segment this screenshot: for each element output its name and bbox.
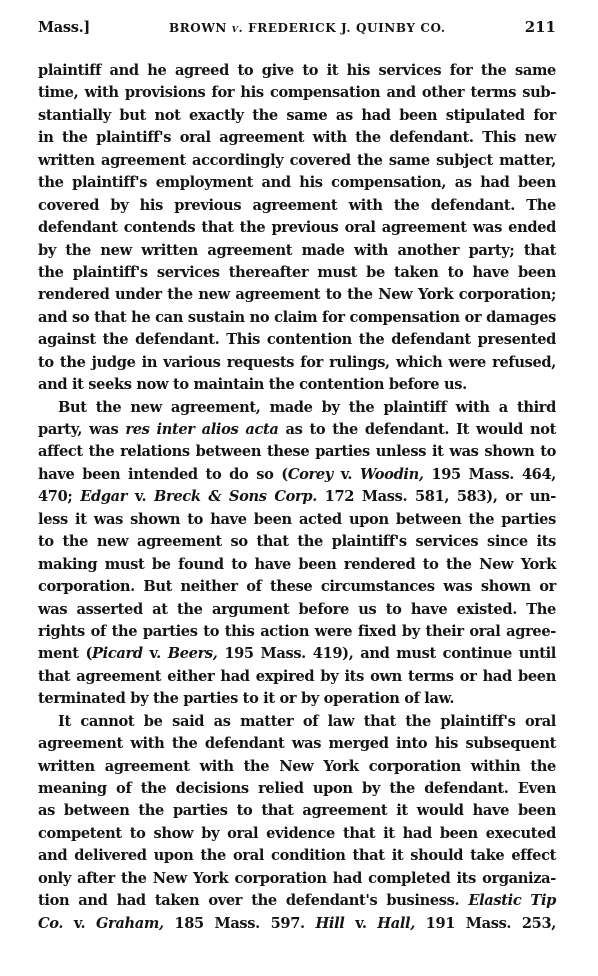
reporter-abbreviation: Mass.] xyxy=(38,19,90,36)
case-citation-party: Hill xyxy=(315,915,344,932)
text-line: that agreement either had expired by its… xyxy=(38,666,556,688)
case-citation-party: Graham, xyxy=(96,915,164,932)
text-line: Co. v. Graham, 185 Mass. 597. Hill v. Ha… xyxy=(38,913,556,935)
text-line: corporation. But neither of these circum… xyxy=(38,576,556,598)
text-line: time, with provisions for his compensati… xyxy=(38,82,556,104)
text-line: covered by his previous agreement with t… xyxy=(38,195,556,217)
case-citation-party: Elastic Tip xyxy=(468,892,556,909)
text-run: v. xyxy=(344,915,377,932)
text-line: against the defendant. This contention t… xyxy=(38,329,556,351)
case-citation-party: Co. xyxy=(38,915,63,932)
page-number: 211 xyxy=(525,18,556,36)
text-line: party, was res inter alios acta as to th… xyxy=(38,419,556,441)
text-line: plaintiff and he agreed to give to it hi… xyxy=(38,60,556,82)
text-line: 470; Edgar v. Breck & Sons Corp. 172 Mas… xyxy=(38,486,556,508)
paragraph-start-line: It cannot be said as matter of law that … xyxy=(38,711,556,733)
case-citation-party: Hall, xyxy=(377,915,415,932)
citation-reference: 185 Mass. 597. xyxy=(164,915,316,932)
body-text: plaintiff and he agreed to give to it hi… xyxy=(38,60,556,935)
text-line: written agreement with the New York corp… xyxy=(38,756,556,778)
citation-reference: 195 Mass. 464, xyxy=(424,466,556,483)
text-run: 470; xyxy=(38,488,80,505)
text-line: rendered under the new agreement to the … xyxy=(38,284,556,306)
text-run: ment ( xyxy=(38,645,92,662)
text-line: affect the relations between these parti… xyxy=(38,441,556,463)
case-title: BROWN v. FREDERICK J. QUINBY CO. xyxy=(169,21,446,35)
text-line: only after the New York corporation had … xyxy=(38,868,556,890)
text-line: written agreement accordingly covered th… xyxy=(38,150,556,172)
text-line: to the new agreement so that the plainti… xyxy=(38,531,556,553)
text-line: less it was shown to have been acted upo… xyxy=(38,509,556,531)
text-line: was asserted at the argument before us t… xyxy=(38,599,556,621)
citation-reference: 172 Mass. 581, 583), or un- xyxy=(317,488,556,505)
text-run: v. xyxy=(127,488,154,505)
text-run: have been intended to do so ( xyxy=(38,466,288,483)
text-line: the plaintiff's services thereafter must… xyxy=(38,262,556,284)
text-line: meaning of the decisions relied upon by … xyxy=(38,778,556,800)
case-title-plaintiff: BROWN xyxy=(169,21,232,35)
citation-reference: 195 Mass. 419), and must continue until xyxy=(218,645,557,662)
case-citation-party: Breck & Sons Corp. xyxy=(154,488,317,505)
latin-phrase: res inter alios acta xyxy=(125,421,278,438)
case-citation-party: Corey xyxy=(288,466,333,483)
text-line: rights of the parties to this action wer… xyxy=(38,621,556,643)
paragraph-end-line: and it seeks now to maintain the content… xyxy=(38,374,556,396)
case-citation-party: Woodin, xyxy=(360,466,424,483)
case-citation-party: Picard xyxy=(92,645,143,662)
text-line: as between the parties to that agreement… xyxy=(38,800,556,822)
text-run: tion and had taken over the defendant's … xyxy=(38,892,468,909)
text-run: party, was xyxy=(38,421,125,438)
text-line: and delivered upon the oral condition th… xyxy=(38,845,556,867)
text-line: stantially but not exactly the same as h… xyxy=(38,105,556,127)
document-page: Mass.] BROWN v. FREDERICK J. QUINBY CO. … xyxy=(38,18,556,935)
text-run: v. xyxy=(333,466,360,483)
text-line: the plaintiff's employment and his compe… xyxy=(38,172,556,194)
running-header: Mass.] BROWN v. FREDERICK J. QUINBY CO. … xyxy=(38,18,556,42)
text-line: tion and had taken over the defendant's … xyxy=(38,890,556,912)
text-line: ment (Picard v. Beers, 195 Mass. 419), a… xyxy=(38,643,556,665)
case-citation-party: Edgar xyxy=(80,488,127,505)
text-line: competent to show by oral evidence that … xyxy=(38,823,556,845)
text-run: v. xyxy=(143,645,168,662)
text-line: and so that he can sustain no claim for … xyxy=(38,307,556,329)
text-line: to the judge in various requests for rul… xyxy=(38,352,556,374)
paragraph-start-line: But the new agreement, made by the plain… xyxy=(38,397,556,419)
case-citation-party: Beers, xyxy=(168,645,218,662)
case-title-versus: v. xyxy=(232,21,244,35)
text-line: defendant contends that the previous ora… xyxy=(38,217,556,239)
text-line: making must be found to have been render… xyxy=(38,554,556,576)
text-line: by the new written agreement made with a… xyxy=(38,240,556,262)
text-line: in the plaintiff's oral agreement with t… xyxy=(38,127,556,149)
text-run: v. xyxy=(63,915,96,932)
text-line: have been intended to do so (Corey v. Wo… xyxy=(38,464,556,486)
case-title-defendant: FREDERICK J. QUINBY CO. xyxy=(243,21,445,35)
paragraph-end-line: terminated by the parties to it or by op… xyxy=(38,688,556,710)
citation-reference: 191 Mass. 253, xyxy=(415,915,556,932)
text-line: agreement with the defendant was merged … xyxy=(38,733,556,755)
text-run: as to the defendant. It would not xyxy=(279,421,556,438)
